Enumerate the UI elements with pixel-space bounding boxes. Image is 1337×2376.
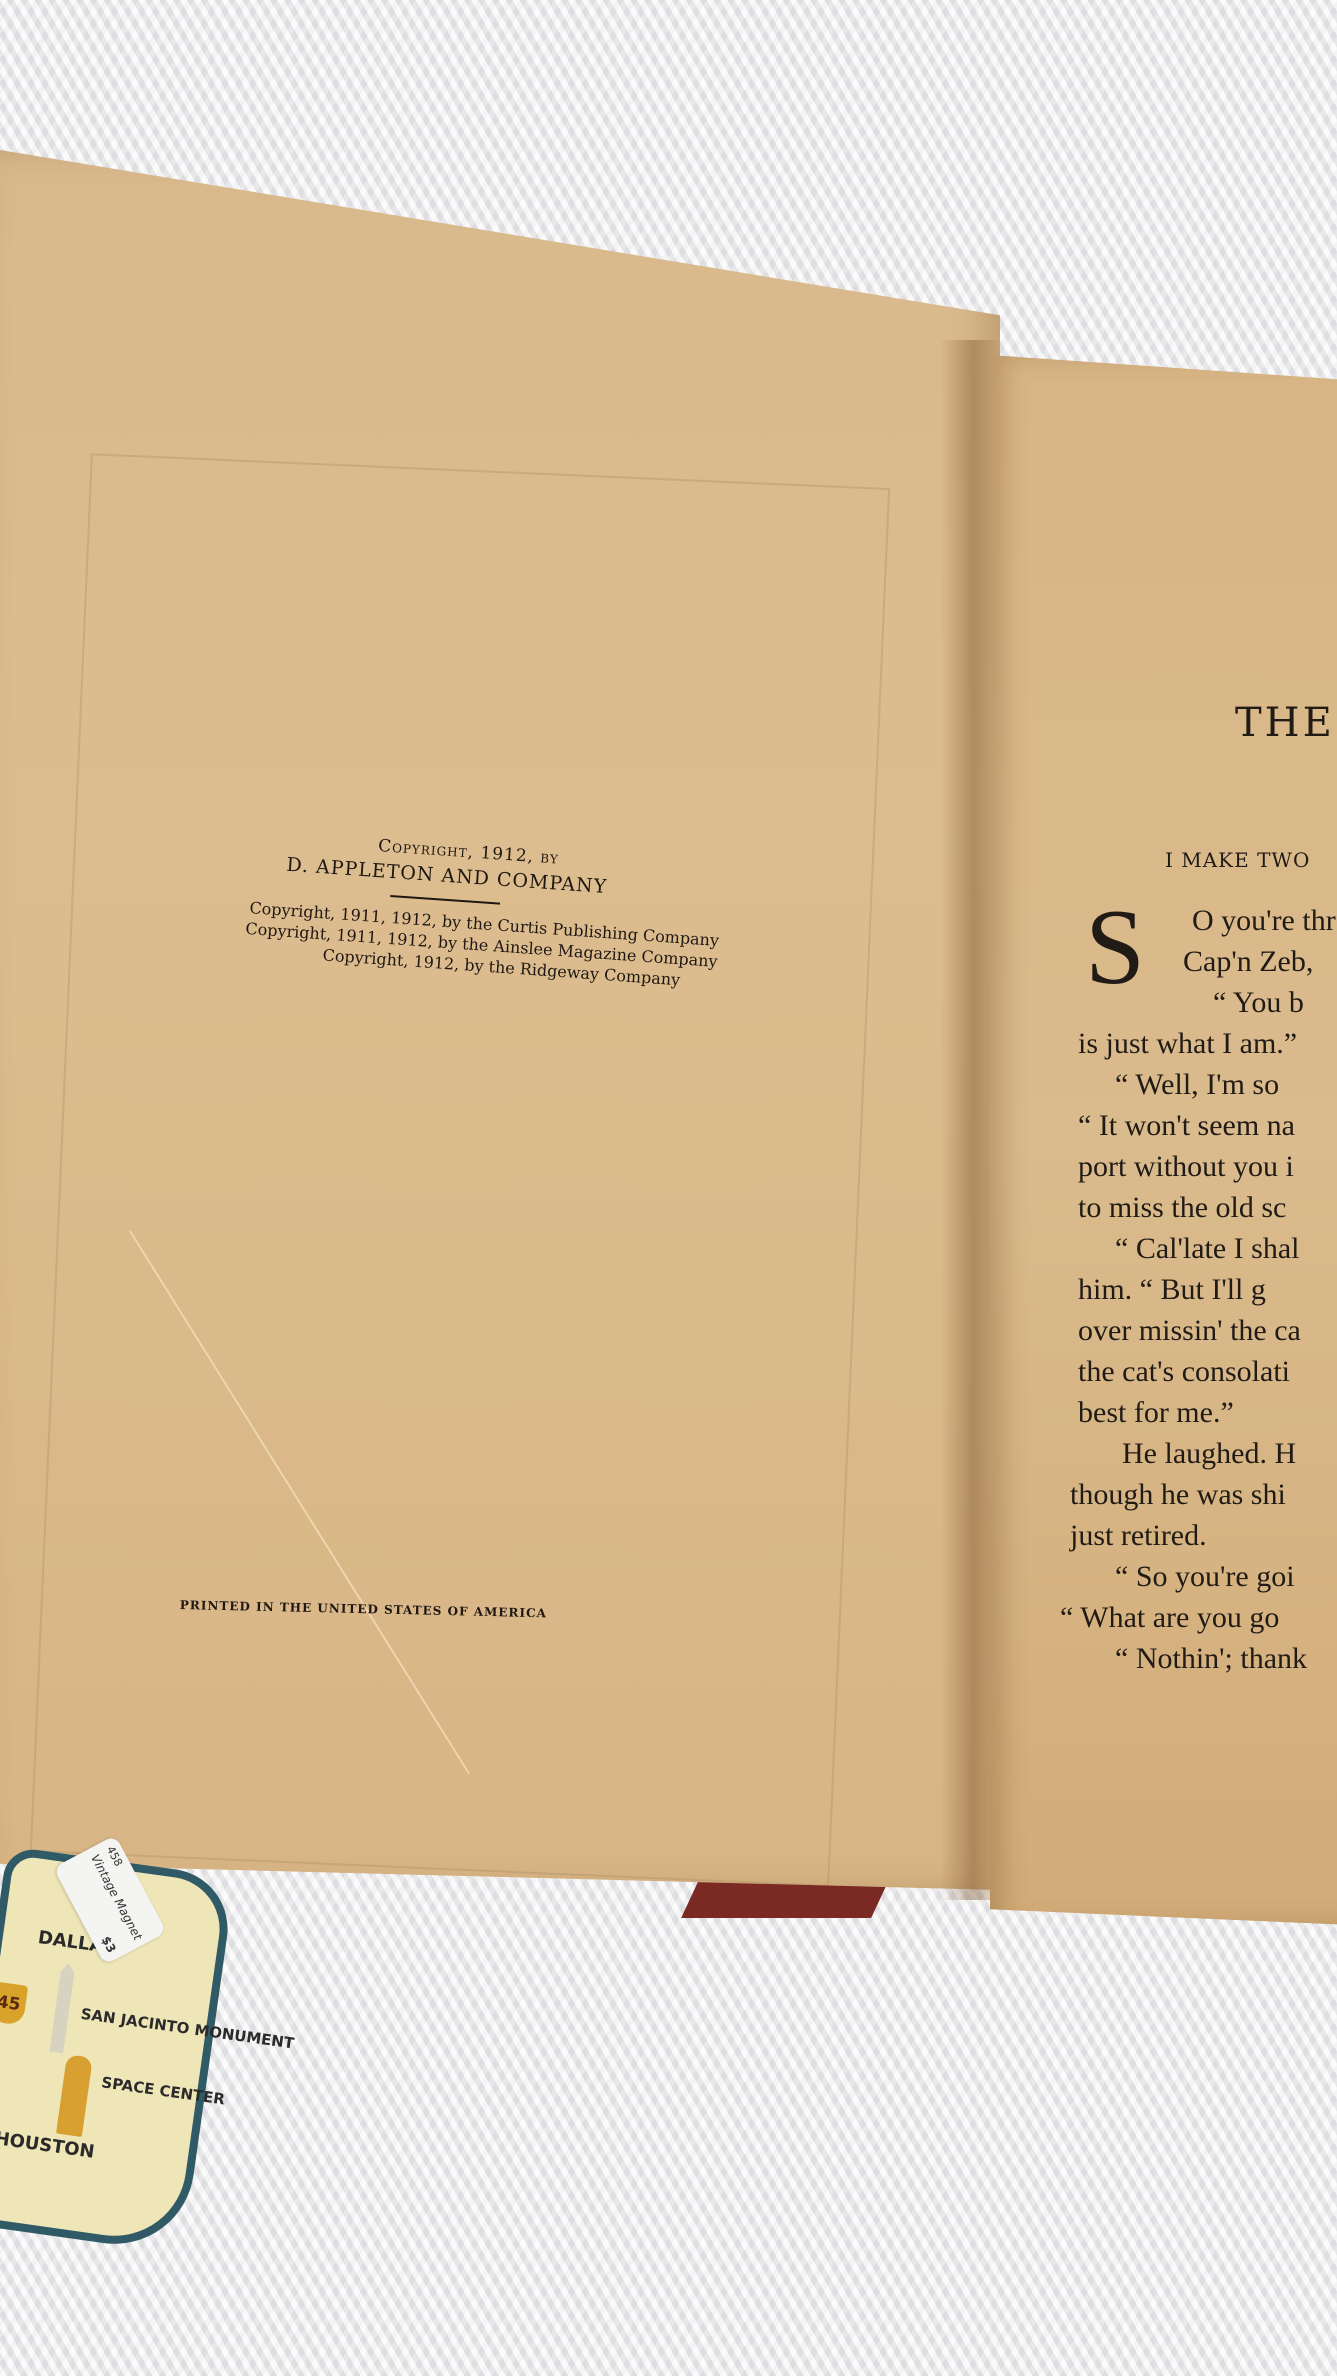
text-line: “ Nothin'; thank [1030, 1638, 1337, 1679]
text-line: “ You b [1030, 982, 1337, 1023]
text-line: “ It won't seem na [1030, 1105, 1337, 1146]
text-line: “ So you're goi [1030, 1556, 1337, 1597]
text-line: port without you i [1030, 1146, 1337, 1187]
text-line: him. “ But I'll g [1030, 1269, 1337, 1310]
text-line: “ Well, I'm so [1030, 1064, 1337, 1105]
magnet-label-space-center: SPACE CENTER [100, 2074, 225, 2107]
text-line: best for me.” [1030, 1392, 1337, 1433]
space-shuttle-icon [56, 2054, 93, 2137]
text-line: “ What are you go [1030, 1597, 1337, 1638]
divider-rule [390, 895, 500, 905]
text-line: “ Cal'late I shal [1030, 1228, 1337, 1269]
text-line: to miss the old sc [1030, 1187, 1337, 1228]
monument-icon [49, 1963, 75, 2054]
text-line: the cat's consolati [1030, 1351, 1337, 1392]
text-line: Cap'n Zeb, [1030, 941, 1337, 982]
magnet-label-monument: SAN JACINTO MONUMENT [80, 2006, 295, 2052]
book-title: THE [1235, 700, 1335, 746]
left-page [0, 150, 1000, 1890]
page-frame-border [30, 453, 890, 1887]
text-line: is just what I am.” [1030, 1023, 1337, 1064]
chapter-heading: I MAKE TWO [1165, 848, 1310, 872]
interstate-shield-icon: 45 [0, 1981, 28, 2025]
text-line: O you're thr [1030, 900, 1337, 941]
text-line: just retired. [1030, 1515, 1337, 1556]
body-text: O you're thr Cap'n Zeb, “ You b is just … [1030, 900, 1337, 1679]
price-tag-price: $3 [99, 1934, 119, 1955]
text-line: over missin' the ca [1030, 1310, 1337, 1351]
text-line: though he was shi [1030, 1474, 1337, 1515]
text-line: He laughed. H [1030, 1433, 1337, 1474]
